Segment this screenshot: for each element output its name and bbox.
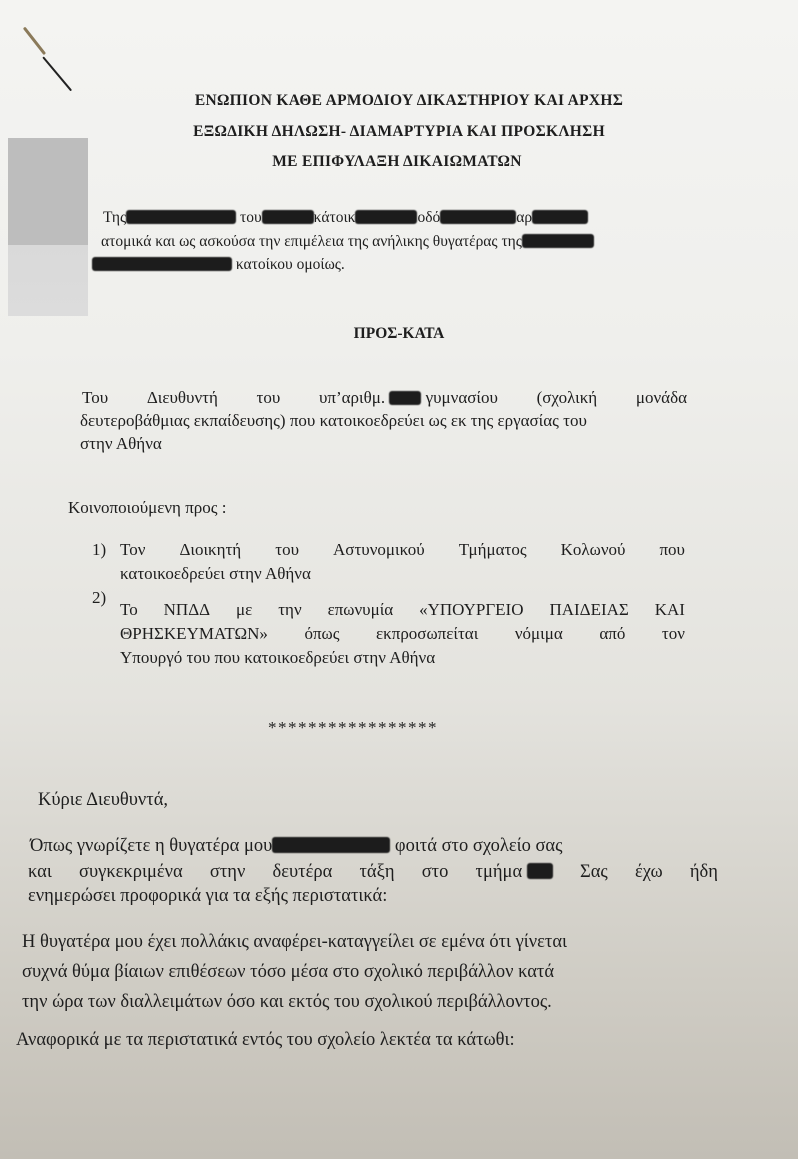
body-p3: Αναφορικά με τα περιστατικά εντός του σχ…	[16, 1030, 515, 1051]
sender-line-1: Της τουκάτοικοδόαρ	[103, 209, 588, 227]
recipient-line-1: Του Διευθυντή του υπ’αριθμ. γυμνασίου (σ…	[82, 388, 687, 408]
word: και	[28, 862, 52, 883]
word: ήδη	[690, 862, 718, 883]
word: Τον	[120, 540, 145, 560]
redaction	[527, 863, 553, 879]
word: υπ’αριθμ.	[319, 388, 385, 407]
word: τμήμα	[476, 862, 523, 882]
word: συγκεκριμένα	[79, 862, 183, 883]
word: την	[278, 600, 301, 620]
word: έχω	[635, 862, 663, 883]
word: ΝΠΔΔ	[164, 600, 210, 620]
word: δευτέρα	[273, 862, 333, 883]
word: του	[275, 540, 299, 560]
cc-item-1-line-2: κατοικοεδρεύει στην Αθήνα	[120, 564, 311, 584]
word: Σας	[580, 862, 608, 883]
word: Διοικητή	[179, 540, 241, 560]
body-p1-line-3: ενημερώσει προφορικά για τα εξής περιστα…	[28, 886, 387, 907]
word: ΘΡΗΣΚΕΥΜΑΤΩΝ»	[120, 624, 268, 644]
section-title: ΠΡΟΣ-ΚΑΤΑ	[0, 325, 798, 343]
cc-item-2-line-3: Υπουργό του που κατοικοεδρεύει στην Αθήν…	[120, 648, 435, 668]
cc-label: Κοινοποιούμενη προς :	[68, 498, 226, 518]
word: ΚΑΙ	[655, 600, 685, 620]
redaction	[262, 210, 314, 224]
body-p2-line-2: συχνά θύμα βίαιων επιθέσεων τόσο μέσα στ…	[22, 962, 554, 983]
word: επωνυμία	[328, 600, 394, 620]
cc-item-2-num: 2)	[92, 588, 106, 608]
word: στην	[210, 862, 245, 883]
word: μονάδα	[636, 388, 687, 408]
heading-line-2: ΕΞΩΔΙΚΗ ΔΗΛΩΣΗ- ΔΙΑΜΑΡΤΥΡΙΑ ΚΑΙ ΠΡΟΣΚΛΗΣ…	[0, 123, 798, 141]
word: γυμνασίου	[426, 388, 498, 407]
heading-line-1: ΕΝΩΠΙΟΝ ΚΑΘΕ ΑΡΜΟΔΙΟΥ ΔΙΚΑΣΤΗΡΙΟΥ ΚΑΙ ΑΡ…	[10, 92, 798, 110]
word: «ΥΠΟΥΡΓΕΙΟ	[419, 600, 523, 620]
sender-text: κατοίκου ομοίως.	[236, 256, 345, 273]
cc-item-1-num: 1)	[92, 540, 106, 560]
pen-mark	[42, 56, 72, 91]
word: από	[599, 624, 625, 644]
body-p2-line-3: την ώρα των διαλλειμάτων όσο και εκτός τ…	[22, 992, 552, 1013]
body-p1-line-1: Όπως γνωρίζετε η θυγατέρα μου φοιτά στο …	[30, 836, 562, 857]
redaction	[92, 257, 232, 271]
recipient-line-2: δευτεροβάθμιας εκπαίδευσης) που κατοικοε…	[80, 411, 587, 431]
sender-text: οδό	[417, 209, 440, 226]
sender-text: αρ	[516, 209, 532, 226]
word: Διευθυντή	[147, 388, 218, 408]
text: φοιτά στο σχολείο σας	[395, 836, 563, 856]
word: όπως	[304, 624, 339, 644]
salutation-text: Κύριε Διευθυντά,	[38, 790, 168, 811]
sender-text: Της	[103, 209, 126, 226]
redaction	[389, 391, 421, 405]
body-p1-line-2: και συγκεκριμένα στην δευτέρα τάξη στο τ…	[28, 862, 718, 883]
word: εκπροσωπείται	[376, 624, 478, 644]
sender-text: κάτοικ	[314, 209, 356, 226]
redaction	[272, 837, 390, 853]
sender-line-3: κατοίκου ομοίως.	[92, 256, 345, 274]
cc-item-2-line-1: Το ΝΠΔΔ με την επωνυμία «ΥΠΟΥΡΓΕΙΟ ΠΑΙΔΕ…	[120, 600, 685, 620]
word: Τμήματος	[459, 540, 527, 560]
word: στο	[422, 862, 449, 883]
cc-item-2-line-2: ΘΡΗΣΚΕΥΜΑΤΩΝ» όπως εκπροσωπείται νόμιμα …	[120, 624, 685, 644]
sender-text: ατομικά και ως ασκούσα την επιμέλεια της…	[101, 233, 522, 250]
word: του	[257, 388, 281, 408]
word: Αστυνομικού	[333, 540, 425, 560]
word: ΠΑΙΔΕΙΑΣ	[549, 600, 628, 620]
sender-text: του	[240, 209, 262, 226]
word: που	[659, 540, 685, 560]
separator: *****************	[268, 718, 438, 738]
word: τάξη	[359, 862, 394, 883]
text: Όπως γνωρίζετε η θυγατέρα μου	[30, 836, 272, 856]
word: Το	[120, 600, 138, 620]
document-page: ΕΝΩΠΙΟΝ ΚΑΘΕ ΑΡΜΟΔΙΟΥ ΔΙΚΑΣΤΗΡΙΟΥ ΚΑΙ ΑΡ…	[0, 0, 798, 1159]
word: Του	[82, 388, 108, 408]
word: νόμιμα	[515, 624, 563, 644]
word: (σχολική	[537, 388, 598, 408]
recipient-line-3: στην Αθήνα	[80, 434, 162, 454]
body-p2-line-1: Η θυγατέρα μου έχει πολλάκις αναφέρει-κα…	[22, 932, 567, 953]
redaction	[440, 210, 516, 224]
redaction	[126, 210, 236, 224]
staple-mark	[23, 27, 46, 56]
cc-item-1-line-1: Τον Διοικητή του Αστυνομικού Τμήματος Κο…	[120, 540, 685, 560]
sender-line-2: ατομικά και ως ασκούσα την επιμέλεια της…	[101, 233, 594, 251]
redaction	[355, 210, 417, 224]
redaction	[532, 210, 588, 224]
word: με	[236, 600, 252, 620]
heading-line-3: ΜΕ ΕΠΙΦΥΛΑΞΗ ΔΙΚΑΙΩΜΑΤΩΝ	[0, 153, 796, 171]
word: τον	[662, 624, 685, 644]
word: Κολωνού	[561, 540, 626, 560]
redaction	[522, 234, 594, 248]
